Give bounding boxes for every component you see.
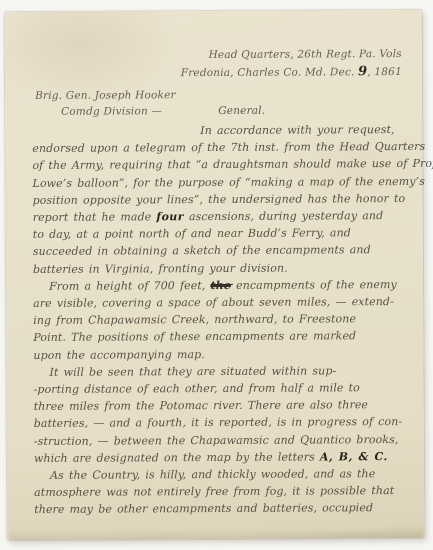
body-line: which are designated on the map by the l… bbox=[34, 448, 418, 467]
heading-year: , 1861 bbox=[367, 66, 402, 78]
body-line: report that he made four ascensions, dur… bbox=[33, 207, 417, 226]
body-line: It will be seen that they are situated w… bbox=[33, 362, 417, 381]
letter-body: In accordance with your request, endorse… bbox=[32, 121, 418, 519]
recipient-block: Brig. Gen. Joseph Hooker Comdg Division … bbox=[35, 87, 265, 120]
body-line: there may be other encampments and batte… bbox=[34, 499, 418, 518]
letter-heading: Head Quarters, 26th Regt. Pa. Vols Fredo… bbox=[5, 46, 402, 83]
body-line: are visible, covering a space of about s… bbox=[33, 293, 417, 312]
scan-background: Head Quarters, 26th Regt. Pa. Vols Fredo… bbox=[0, 0, 433, 550]
body-line: -struction, — between the Chapawamsic an… bbox=[34, 431, 418, 450]
body-line: batteries in Virginia, fronting your div… bbox=[33, 259, 417, 278]
map-letters: A, B, & C. bbox=[320, 450, 388, 463]
paper-bottom-shadow bbox=[9, 528, 422, 540]
body-line: atmosphere was not entirely free from fo… bbox=[34, 482, 418, 501]
body-line: of the Army, requiring that “a draughtsm… bbox=[32, 155, 416, 174]
body-text: which are designated on the map by the l… bbox=[34, 450, 320, 464]
body-line: endorsed upon a telegram of the 7th inst… bbox=[32, 138, 416, 157]
body-line: As the Country, is hilly, and thickly wo… bbox=[34, 465, 418, 484]
body-text: encampments of the enemy bbox=[231, 278, 397, 292]
letter-paper: Head Quarters, 26th Regt. Pa. Vols Fredo… bbox=[5, 10, 425, 540]
body-text: ascensions, during yesterday and bbox=[184, 209, 383, 223]
heading-date-line: Fredonia, Charles Co. Md. Dec. 9, 1861 bbox=[5, 63, 402, 83]
body-line: In accordance with your request, bbox=[32, 121, 416, 140]
body-text: report that he made bbox=[33, 210, 157, 224]
struck-word: the bbox=[211, 279, 231, 292]
body-text: From a height of 700 feet, bbox=[49, 279, 211, 293]
body-line: three miles from the Potomac river. Ther… bbox=[34, 396, 418, 415]
body-line: -porting distance of each other, and fro… bbox=[34, 379, 418, 398]
body-line: to day, at a point north of and near Bud… bbox=[33, 224, 417, 243]
body-line: Lowe’s balloon”, for the purpose of “mak… bbox=[32, 173, 416, 192]
recipient-title-line: Comdg Division —General. bbox=[35, 103, 265, 120]
body-line: succeeded in obtaining a sketch of the e… bbox=[33, 241, 417, 260]
recipient-name: Brig. Gen. Joseph Hooker bbox=[35, 87, 265, 104]
body-line: upon the accompanying map. bbox=[33, 345, 417, 364]
body-line: From a height of 700 feet, the encampmen… bbox=[33, 276, 417, 295]
salutation: General. bbox=[218, 103, 265, 119]
body-line: position opposite your lines”, the under… bbox=[33, 190, 417, 209]
recipient-title: Comdg Division — bbox=[61, 105, 162, 118]
body-line: batteries, — and a fourth, it is reporte… bbox=[34, 413, 418, 432]
heading-unit-line: Head Quarters, 26th Regt. Pa. Vols bbox=[5, 46, 402, 65]
emphasis-word-four: four bbox=[156, 210, 184, 223]
body-line: ing from Chapawamsic Creek, northward, t… bbox=[33, 310, 417, 329]
body-line: Point. The positions of these encampment… bbox=[33, 327, 417, 346]
heading-place: Fredonia, Charles Co. Md. Dec. bbox=[181, 66, 358, 79]
